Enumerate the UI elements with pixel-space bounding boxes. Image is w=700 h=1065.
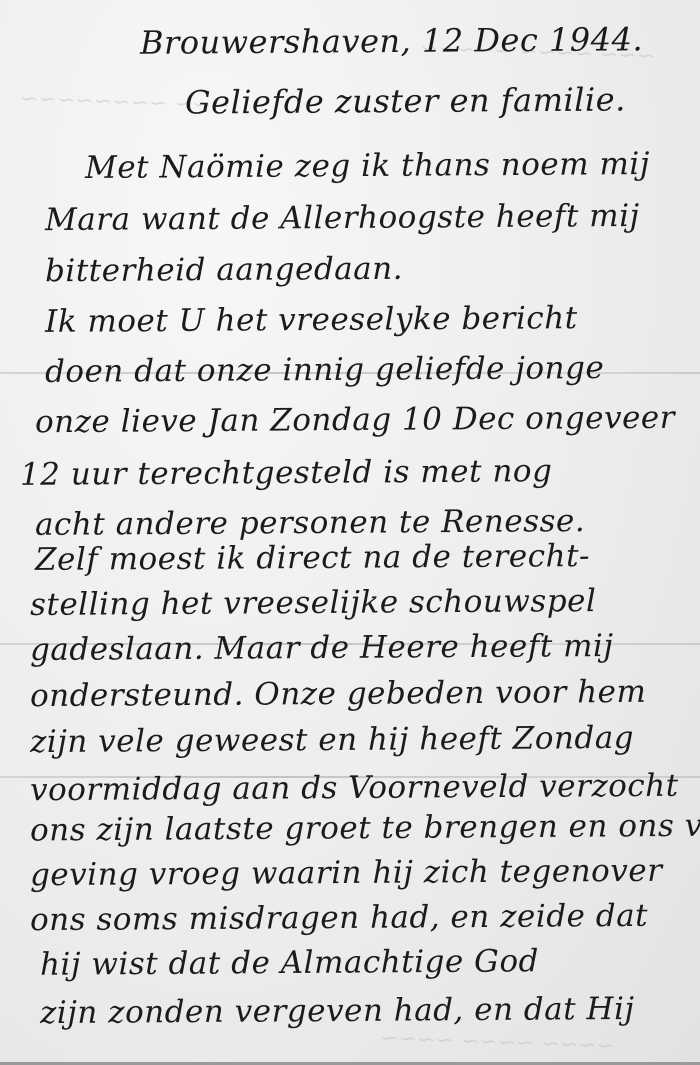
letter-line: onze lieve Jan Zondag 10 Dec ongeveer — [35, 400, 675, 440]
letter-line: 12 uur terechtgesteld is met nog — [20, 453, 553, 493]
letter-line: acht andere personen te Renesse. — [35, 503, 585, 543]
letter-line: ons zijn laatste groet te brengen en ons… — [30, 807, 700, 848]
letter-line: hij wist dat de Almachtige God — [40, 943, 539, 982]
letter-line: geving vroeg waarin hij zich tegenover — [30, 853, 663, 893]
letter-line: gadeslaan. Maar de Heere heeft mij — [30, 628, 614, 668]
letter-line: ondersteund. Onze gebeden voor hem — [30, 674, 647, 714]
bleed-through-text: ~~~~ ~~~~ ~~~~ — [380, 1026, 616, 1059]
letter-line: ons soms misdragen had, en zeide dat — [30, 898, 648, 938]
letter-line: bitterheid aangedaan. — [45, 251, 403, 289]
place-date: Brouwershaven, 12 Dec 1944. — [140, 20, 643, 62]
letter-line: Mara want de Allerhoogste heeft mij — [45, 198, 640, 238]
letter-page: ~~~ ~~~~ ~~~~~ ~~~ ~~~~~~~~ ~~~~ ~~~~ ~~… — [0, 0, 700, 1065]
letter-line: stelling het vreeselijke schouwspel — [30, 583, 597, 623]
letter-line: Ik moet U het vreeselyke bericht — [45, 300, 578, 340]
salutation: Geliefde zuster en familie. — [185, 80, 626, 121]
letter-line: zijn zonden vergeven had, en dat Hij — [40, 991, 635, 1031]
letter-line: voormiddag aan ds Voorneveld verzocht — [30, 768, 679, 809]
letter-line: Zelf moest ik direct na de terecht- — [35, 538, 590, 578]
letter-line: Met Naömie zeg ik thans noem mij — [85, 146, 650, 186]
letter-line: doen dat onze innig geliefde jonge — [45, 350, 604, 390]
letter-line: zijn vele geweest en hij heeft Zondag — [30, 720, 634, 760]
